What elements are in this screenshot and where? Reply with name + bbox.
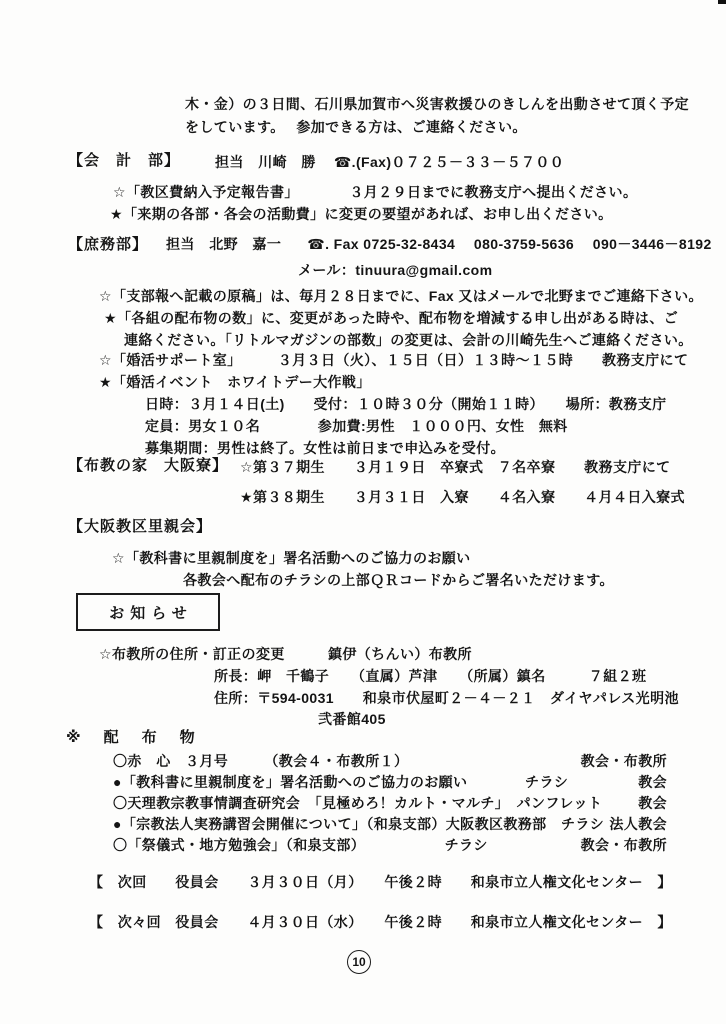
general-affairs-email: メール：tinuura@gmail.com xyxy=(298,262,492,279)
distribution-item-dest: 教会 xyxy=(638,793,667,813)
accounting-phone: .(Fax)０７２５－３３－５７００ xyxy=(352,154,565,170)
accounting-contact-label: 担当 川崎 勝 xyxy=(215,154,316,170)
distribution-item-text: ●「教科書に里親制度を」署名活動へのご協力のお願い チラシ xyxy=(113,772,568,792)
general-affairs-phones: . Fax 0725-32-8434 080-3759-5636 090－344… xyxy=(325,236,712,252)
general-affairs-item: ★「婚活イベント ホワイトデー大作戦」 xyxy=(99,374,371,391)
distribution-item-dest: 教会・布教所 xyxy=(581,751,667,771)
general-affairs-item: ☆「婚活サポート室」 ３月３日（火）、１５日（日）１３時～１５時 教務支庁にて xyxy=(99,352,688,369)
meeting-after-next: 【 次々回 役員会 ４月３０日（水） 午後２時 和泉市立人権文化センター 】 xyxy=(89,914,672,931)
distribution-item-text: 〇天理教宗教事情調査研究会 「見極めろ！カルト・マルチ」 パンフレット xyxy=(113,793,602,813)
accounting-section-title: 【会 計 部】 xyxy=(68,152,180,170)
fukyo-house-line-2: ★第３８期生 ３月３１日 入寮 ４名入寮 ４月４日入寮式 xyxy=(240,489,685,506)
accounting-item: ★「来期の各部・各会の活動費」に変更の要望があれば、お申し出ください。 xyxy=(110,206,613,223)
distribution-section-title: ※ 配 布 物 xyxy=(66,729,199,747)
distribution-item-dest: 教会・布教所 xyxy=(581,835,667,855)
notice-line-3: 住所：〒594-0031 和泉市伏屋町２－４－２１ ダイヤパレス光明池 xyxy=(214,690,679,707)
distribution-row: 〇赤 心 ３月号 （教会４・布教所１） 教会・布教所 xyxy=(113,751,667,771)
notice-box: お知らせ xyxy=(76,593,220,631)
page-number-value: 10 xyxy=(352,955,365,969)
distribution-item-text: 〇赤 心 ３月号 （教会４・布教所１） xyxy=(113,751,408,771)
page-number: 10 xyxy=(347,950,371,974)
scan-artifact xyxy=(718,0,726,4)
satooya-line-1: ☆「教科書に里親制度を」署名活動へのご協力のお願い xyxy=(112,550,471,567)
distribution-row: 〇「祭儀式・地方勉強会」（和泉支部） チラシ 教会・布教所 xyxy=(113,835,667,855)
general-affairs-item: ☆「支部報へ記載の原稿」は、毎月２８日までに、Fax 又はメールで北野までご連絡… xyxy=(99,288,703,305)
general-affairs-section-title: 【庶務部】 xyxy=(68,236,148,253)
event-detail: 日時：３月１４日(土) 受付：１０時３０分（開始１１時） 場所：教務支庁 xyxy=(145,396,667,413)
notice-line-1: ☆布教所の住所・訂正の変更 鎮伊（ちんい）布教所 xyxy=(99,646,472,663)
general-affairs-contact-label: 担当 北野 嘉一 xyxy=(166,236,281,252)
general-affairs-item: 連絡ください。「リトルマガジンの部数」の変更は、会計の川崎先生へご連絡ください。 xyxy=(124,332,693,349)
distribution-item-text: ●「宗教法人実務講習会開催について」（和泉支部）大阪教区教務部 チラシ xyxy=(113,814,604,834)
fukyo-house-line-1: ☆第３７期生 ３月１９日 卒寮式 ７名卒寮 教務支庁にて xyxy=(240,459,671,476)
next-meeting: 【 次回 役員会 ３月３０日（月） 午後２時 和泉市立人権文化センター 】 xyxy=(89,874,672,891)
event-detail: 募集期間：男性は終了。女性は前日まで申込みを受付。 xyxy=(145,440,505,457)
fukyo-house-section-title: 【布教の家 大阪寮】 xyxy=(68,457,228,475)
satooya-line-2: 各教会へ配布のチラシの上部ＱＲコードからご署名いただけます。 xyxy=(183,572,614,589)
distribution-item-text: 〇「祭儀式・地方勉強会」（和泉支部） チラシ xyxy=(113,835,488,855)
intro-line-1: 木・金）の３日間、石川県加賀市へ災害救援ひのきしんを出動させて頂く予定 xyxy=(185,96,689,113)
phone-icon: ☎ xyxy=(307,236,325,252)
accounting-item: ☆「教区費納入予定報告書」 ３月２９日までに教務支庁へ提出ください。 xyxy=(113,184,637,201)
distribution-item-dest: 法人教会 xyxy=(609,814,667,834)
notice-line-4: 弐番館405 xyxy=(318,711,386,728)
newsletter-page: 木・金）の３日間、石川県加賀市へ災害救援ひのきしんを出動させて頂く予定 をしてい… xyxy=(0,0,726,1024)
general-affairs-item: ★「各組の配布物の数」に、変更があった時や、配布物を増減する申し出がある時は、ご xyxy=(104,310,678,327)
notice-line-2: 所長：岬 千鶴子 （直属）芦津 （所属）鎮名 ７組２班 xyxy=(214,668,646,685)
event-detail: 定員：男女１０名 参加費:男性 １０００円、女性 無料 xyxy=(145,418,568,435)
distribution-item-dest: 教会 xyxy=(638,772,667,792)
satooya-section-title: 【大阪教区里親会】 xyxy=(68,518,212,536)
notice-box-label: お知らせ xyxy=(103,602,193,623)
intro-line-2: をしています。 参加できる方は、ご連絡ください。 xyxy=(185,119,527,136)
distribution-row: ●「教科書に里親制度を」署名活動へのご協力のお願い チラシ 教会 xyxy=(113,772,667,792)
accounting-contact: 担当 川崎 勝☎.(Fax)０７２５－３３－５７００ xyxy=(215,154,564,171)
distribution-row: ●「宗教法人実務講習会開催について」（和泉支部）大阪教区教務部 チラシ 法人教会 xyxy=(113,814,667,834)
phone-icon: ☎ xyxy=(334,154,352,170)
distribution-row: 〇天理教宗教事情調査研究会 「見極めろ！カルト・マルチ」 パンフレット 教会 xyxy=(113,793,667,813)
general-affairs-header: 【庶務部】担当 北野 嘉一☎. Fax 0725-32-8434 080-375… xyxy=(68,236,712,254)
